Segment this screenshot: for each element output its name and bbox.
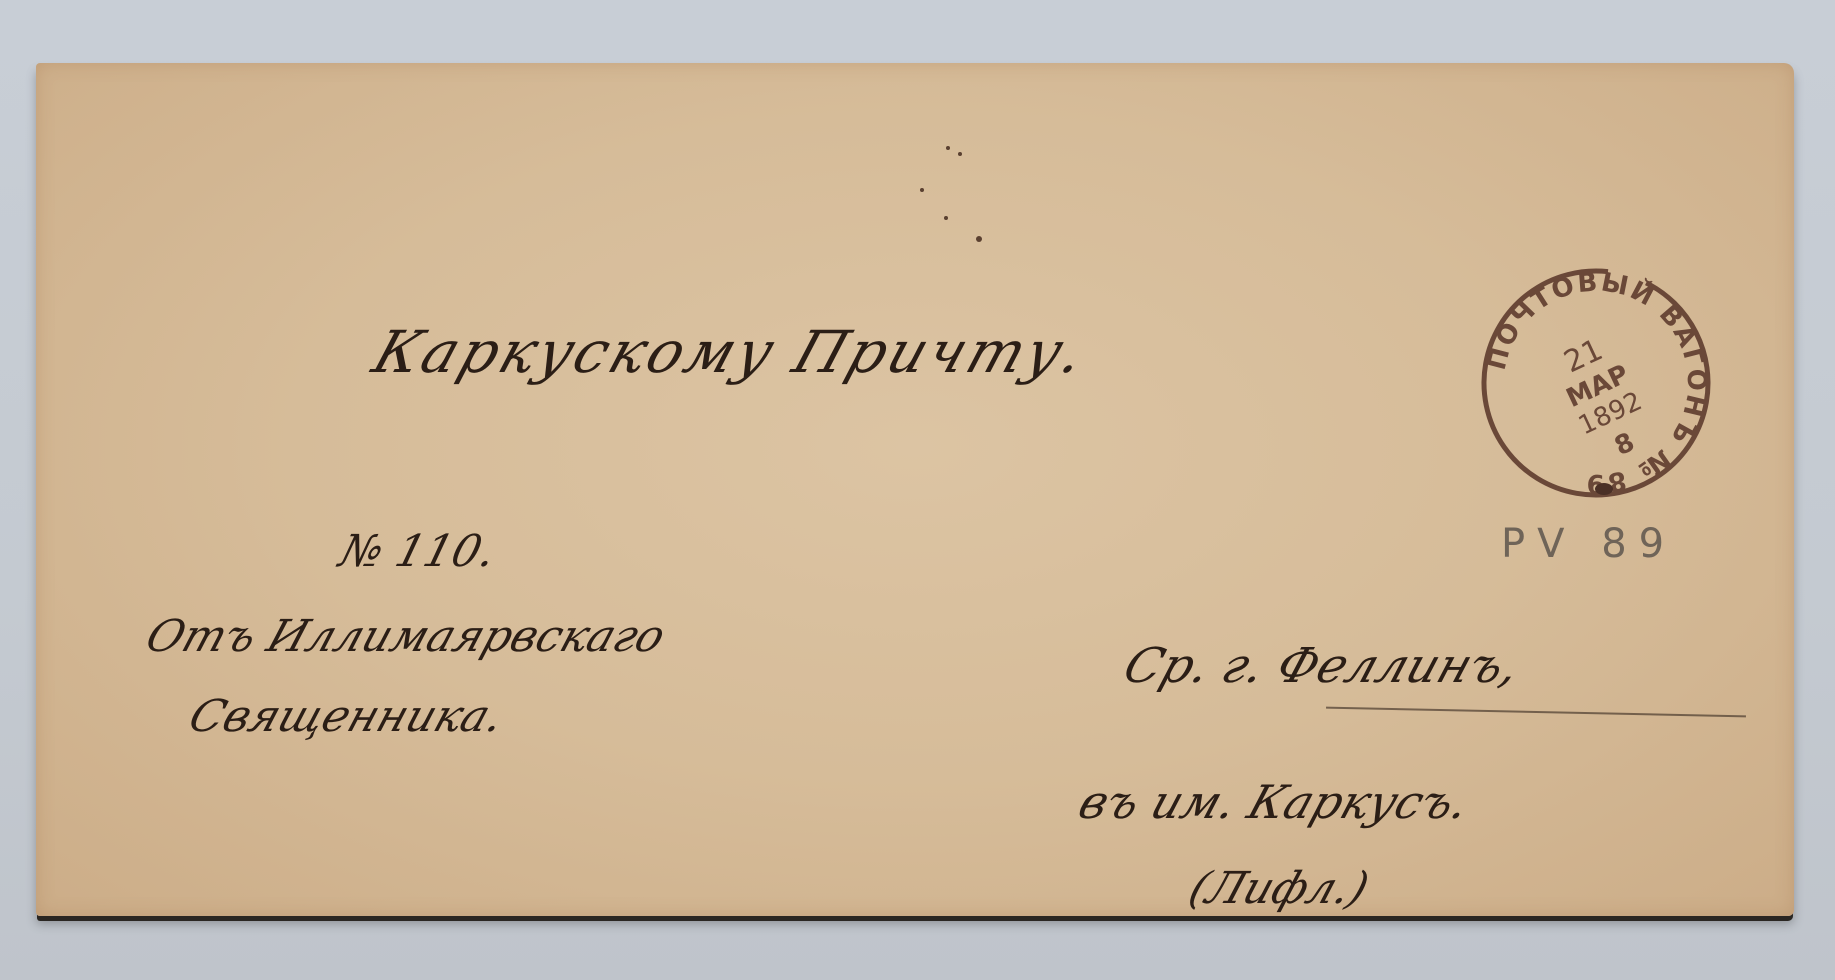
pencil-note: PV 89 (1501, 521, 1676, 567)
postmark-stamp: ПОЧТОВЫЙ ВАГОНЪ № 89 21 МАР 1892 8 (1476, 263, 1716, 503)
sender-line-1: Отъ Иллимаярвскаго (140, 611, 672, 662)
recipient-line-1: Ср. г. Феллинъ, (1117, 638, 1527, 694)
letter-number: № 110. (334, 526, 501, 577)
recipient-line-3: (Лифл.) (1183, 863, 1375, 914)
postmark-bottom: 8 (1610, 427, 1639, 462)
recipient-line-2: въ им. Каркусъ. (1072, 775, 1476, 829)
addressee-handwriting: Каркускому Причту. (365, 318, 1096, 386)
sender-line-2: Священника. (183, 691, 511, 742)
recipient-underline (1326, 707, 1746, 718)
envelope: Каркускому Причту. № 110. Отъ Иллимаярвс… (36, 63, 1794, 916)
